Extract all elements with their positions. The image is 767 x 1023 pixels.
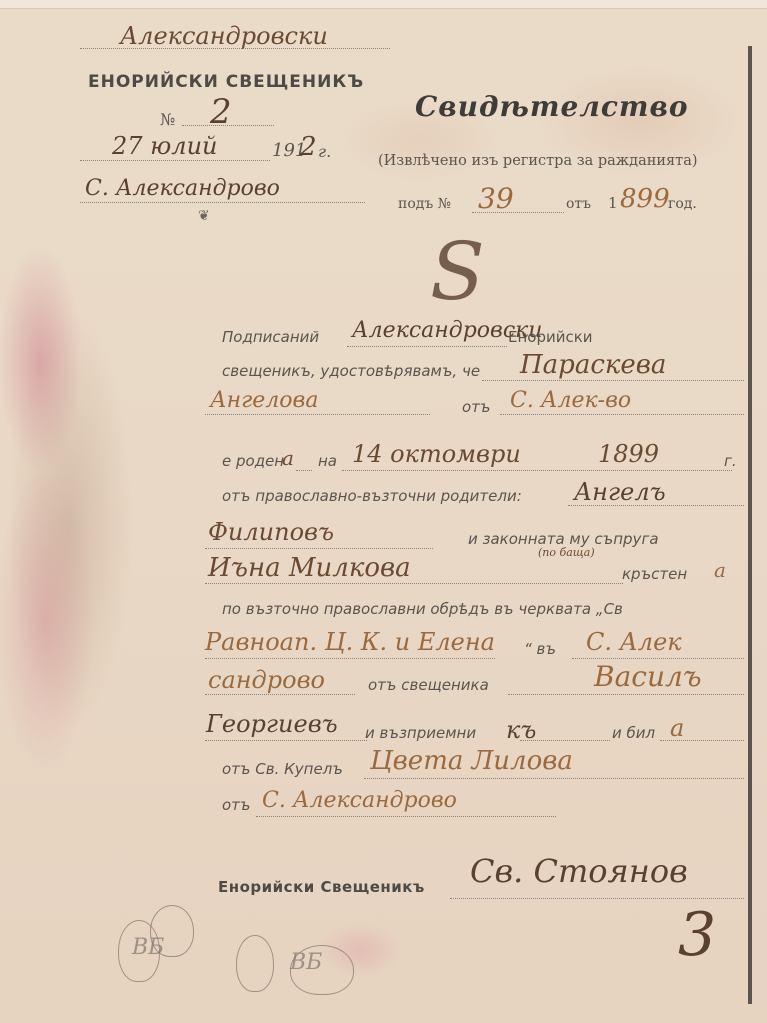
certificate-number: 2 bbox=[210, 92, 232, 132]
certify-text: свещеникъ, удостовѣрявамъ, че bbox=[222, 362, 480, 380]
signature-label: Енорийски Свещеникъ bbox=[218, 878, 425, 896]
church-name: Равноап. Ц. К. и Елена bbox=[205, 628, 495, 656]
year-suffix: г. bbox=[318, 142, 331, 161]
dotted-line bbox=[80, 160, 270, 161]
handwritten-flourish: S bbox=[430, 225, 485, 318]
born-label: е роден bbox=[222, 452, 284, 470]
pencil-scribble-left-text: ВБ bbox=[132, 935, 164, 960]
dotted-line bbox=[660, 740, 744, 741]
dotted-line bbox=[205, 414, 430, 415]
dotted-line bbox=[205, 583, 623, 584]
born-suffix: а bbox=[282, 446, 294, 470]
dotted-line bbox=[205, 658, 495, 659]
issue-date-handwritten: 27 юлий bbox=[112, 132, 218, 160]
signature-flourish: 3 bbox=[678, 900, 716, 970]
certificate-subtitle: (Извлѣчено изъ регистра за ражданията) bbox=[378, 153, 698, 169]
baptized-label: кръстен bbox=[622, 565, 687, 583]
dotted-line bbox=[342, 470, 732, 471]
priest-signature: Св. Стоянов bbox=[470, 852, 688, 890]
parents-label: отъ православно-възточни родители: bbox=[222, 487, 522, 505]
register-number: 39 bbox=[478, 182, 514, 215]
church-village-start: С. Алек bbox=[586, 628, 682, 656]
father-first-name: Ангелъ bbox=[574, 478, 666, 506]
pencil-scribble-right-text: ВБ bbox=[290, 950, 322, 975]
priest-surname: Георгиевъ bbox=[206, 710, 338, 738]
parish-priest-title: ЕНОРИЙСКИ СВЕЩЕНИКЪ bbox=[88, 72, 364, 92]
register-year-handwritten: 899 bbox=[620, 184, 670, 214]
godmother-village: С. Александрово bbox=[262, 788, 457, 813]
dotted-line bbox=[364, 778, 744, 779]
godparent-label: и възприемни bbox=[365, 724, 476, 742]
birth-date: 14 октомври bbox=[352, 440, 521, 468]
parish-label: Енорийски bbox=[508, 328, 593, 346]
number-label: № bbox=[160, 110, 175, 129]
dotted-line bbox=[572, 658, 744, 659]
birth-year: 1899 bbox=[598, 440, 659, 468]
godmother-name: Цвета Лилова bbox=[370, 746, 573, 776]
register-year-suffix: год. bbox=[668, 196, 697, 212]
dotted-line bbox=[347, 346, 507, 347]
dotted-line bbox=[256, 816, 556, 817]
by-priest-label: отъ свещеника bbox=[368, 676, 489, 694]
church-village-end: сандрово bbox=[208, 666, 325, 694]
priest-first-name: Василъ bbox=[594, 660, 701, 693]
dotted-line bbox=[205, 548, 433, 549]
dotted-line bbox=[205, 740, 367, 741]
holy-font-label: отъ Св. Купелъ bbox=[222, 760, 343, 778]
child-surname: Ангелова bbox=[210, 388, 318, 413]
baptized-suffix: а bbox=[714, 558, 726, 582]
parish-handwritten: Александровски bbox=[120, 22, 328, 50]
dotted-line bbox=[80, 202, 365, 203]
dotted-line bbox=[450, 898, 744, 899]
dotted-line bbox=[520, 740, 610, 741]
pencil-scribble-right bbox=[236, 935, 274, 992]
certificate-title: Свидѣтелство bbox=[415, 90, 689, 123]
child-first-name: Параскева bbox=[520, 350, 666, 380]
register-from-label: отъ bbox=[566, 196, 591, 212]
in-label: “ въ bbox=[524, 640, 556, 658]
father-surname: Филиповъ bbox=[208, 518, 334, 546]
ornament-fleuron: ❦ bbox=[198, 208, 210, 224]
dotted-line bbox=[482, 380, 744, 381]
year-label: г. bbox=[724, 452, 737, 470]
dotted-line bbox=[205, 694, 355, 695]
dotted-line bbox=[508, 694, 744, 695]
village-handwritten: С. Александрово bbox=[85, 176, 280, 201]
dotted-line bbox=[500, 414, 744, 415]
mother-name-note: (по баща) bbox=[538, 546, 595, 559]
rite-text: по възточно православни обрѣдъ въ черква… bbox=[222, 600, 623, 618]
issue-year-digit: 2 bbox=[300, 132, 317, 162]
on-label: на bbox=[318, 452, 337, 470]
paper-top-edge bbox=[0, 0, 767, 9]
register-year-prefix: 1 bbox=[608, 194, 618, 212]
register-label: подъ № bbox=[398, 196, 451, 212]
signed-label: Подписаний bbox=[222, 328, 319, 346]
child-birthplace: С. Алек-во bbox=[510, 388, 631, 413]
mother-name: Иъна Милкова bbox=[208, 553, 411, 583]
dotted-line bbox=[296, 470, 312, 471]
dotted-line bbox=[80, 48, 390, 49]
was-label: и бил bbox=[612, 724, 655, 742]
right-border-rule bbox=[748, 46, 752, 1004]
from-label: отъ bbox=[462, 398, 491, 416]
godmother-from-label: отъ bbox=[222, 796, 251, 814]
was-suffix: а bbox=[670, 714, 684, 742]
